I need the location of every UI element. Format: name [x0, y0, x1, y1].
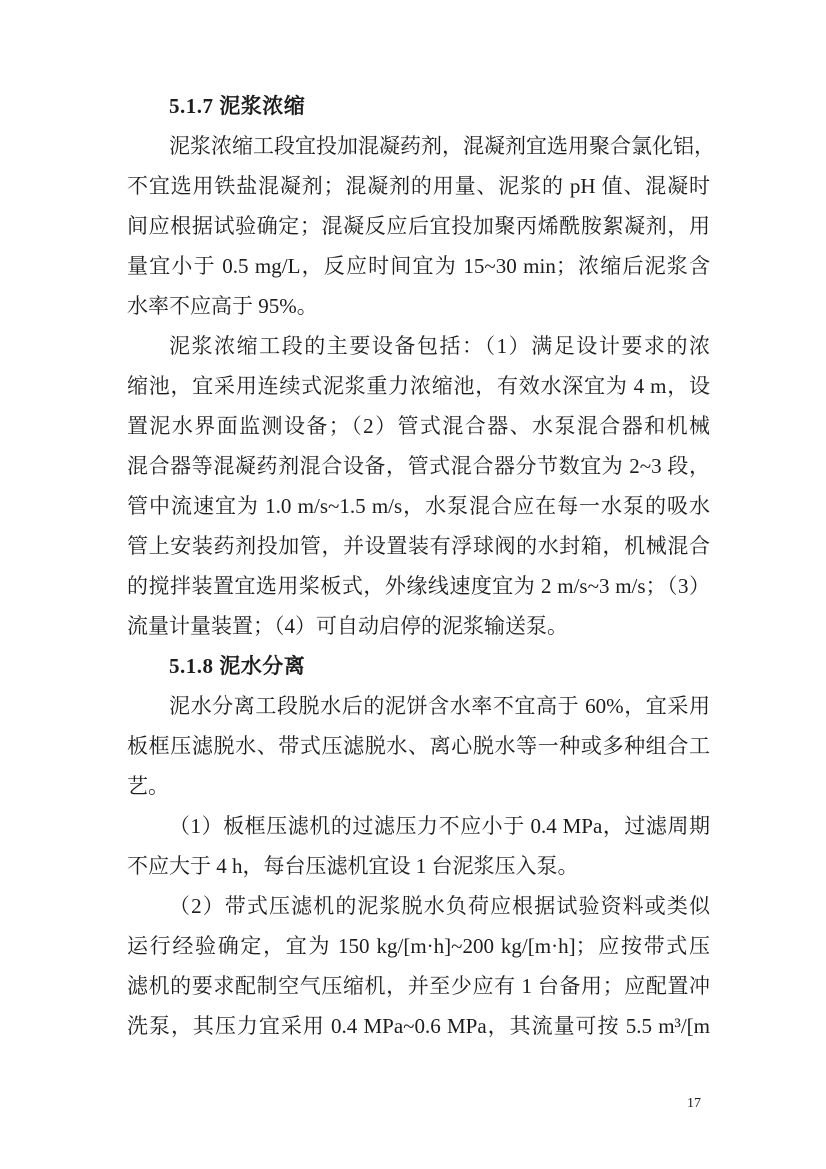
text-line: 不应大于 4 h，每台压滤机宜设 1 台泥浆压入泵。 — [127, 846, 710, 886]
text-line: 不宜选用铁盐混凝剂；混凝剂的用量、泥浆的 pH 值、混凝时 — [127, 166, 710, 206]
text-line: 间应根据试验确定；混凝反应后宜投加聚丙烯酰胺絮凝剂，用 — [127, 206, 710, 246]
text-line: 泥浆浓缩工段的主要设备包括：（1）满足设计要求的浓 — [127, 326, 710, 366]
text-line: 混合器等混凝药剂混合设备，管式混合器分节数宜为 2~3 段， — [127, 446, 710, 486]
section-heading: 5.1.7 泥浆浓缩 — [127, 86, 710, 126]
page-number: 17 — [687, 1094, 701, 1114]
text-line: （2）带式压滤机的泥浆脱水负荷应根据试验资料或类似 — [127, 886, 710, 926]
paragraph: （2）带式压滤机的泥浆脱水负荷应根据试验资料或类似运行经验确定，宜为 150 k… — [127, 886, 710, 1046]
text-line: 水率不应高于 95%。 — [127, 286, 710, 326]
section-heading: 5.1.8 泥水分离 — [127, 646, 710, 686]
text-line: 板框压滤脱水、带式压滤脱水、离心脱水等一种或多种组合工 — [127, 726, 710, 766]
paragraph: （1）板框压滤机的过滤压力不应小于 0.4 MPa，过滤周期不应大于 4 h，每… — [127, 806, 710, 886]
paragraph: 泥浆浓缩工段宜投加混凝药剂，混凝剂宜选用聚合氯化铝，不宜选用铁盐混凝剂；混凝剂的… — [127, 126, 710, 326]
text-line: 泥浆浓缩工段宜投加混凝药剂，混凝剂宜选用聚合氯化铝， — [127, 126, 710, 166]
paragraph: 泥浆浓缩工段的主要设备包括：（1）满足设计要求的浓缩池，宜采用连续式泥浆重力浓缩… — [127, 326, 710, 646]
text-line: （1）板框压滤机的过滤压力不应小于 0.4 MPa，过滤周期 — [127, 806, 710, 846]
text-line: 管上安装药剂投加管，并设置装有浮球阀的水封箱，机械混合 — [127, 526, 710, 566]
text-line: 置泥水界面监测设备；（2）管式混合器、水泵混合器和机械 — [127, 406, 710, 446]
text-line: 的搅拌装置宜选用桨板式，外缘线速度宜为 2 m/s~3 m/s；（3） — [127, 566, 710, 606]
text-line: 流量计量装置；（4）可自动启停的泥浆输送泵。 — [127, 606, 710, 646]
text-line: 缩池，宜采用连续式泥浆重力浓缩池，有效水深宜为 4 m，设 — [127, 366, 710, 406]
text-line: 滤机的要求配制空气压缩机，并至少应有 1 台备用；应配置冲 — [127, 966, 710, 1006]
text-line: 洗泵，其压力宜采用 0.4 MPa~0.6 MPa，其流量可按 5.5 m³/[… — [127, 1006, 710, 1046]
text-line: 运行经验确定，宜为 150 kg/[m·h]~200 kg/[m·h]；应按带式… — [127, 926, 710, 966]
document-page: 5.1.7 泥浆浓缩泥浆浓缩工段宜投加混凝药剂，混凝剂宜选用聚合氯化铝，不宜选用… — [0, 0, 826, 1169]
paragraph: 泥水分离工段脱水后的泥饼含水率不宜高于 60%，宜采用板框压滤脱水、带式压滤脱水… — [127, 686, 710, 806]
text-line: 管中流速宜为 1.0 m/s~1.5 m/s，水泵混合应在每一水泵的吸水 — [127, 486, 710, 526]
text-line: 量宜小于 0.5 mg/L，反应时间宜为 15~30 min；浓缩后泥浆含 — [127, 246, 710, 286]
document-body: 5.1.7 泥浆浓缩泥浆浓缩工段宜投加混凝药剂，混凝剂宜选用聚合氯化铝，不宜选用… — [127, 86, 710, 1046]
text-line: 艺。 — [127, 766, 710, 806]
text-line: 泥水分离工段脱水后的泥饼含水率不宜高于 60%，宜采用 — [127, 686, 710, 726]
